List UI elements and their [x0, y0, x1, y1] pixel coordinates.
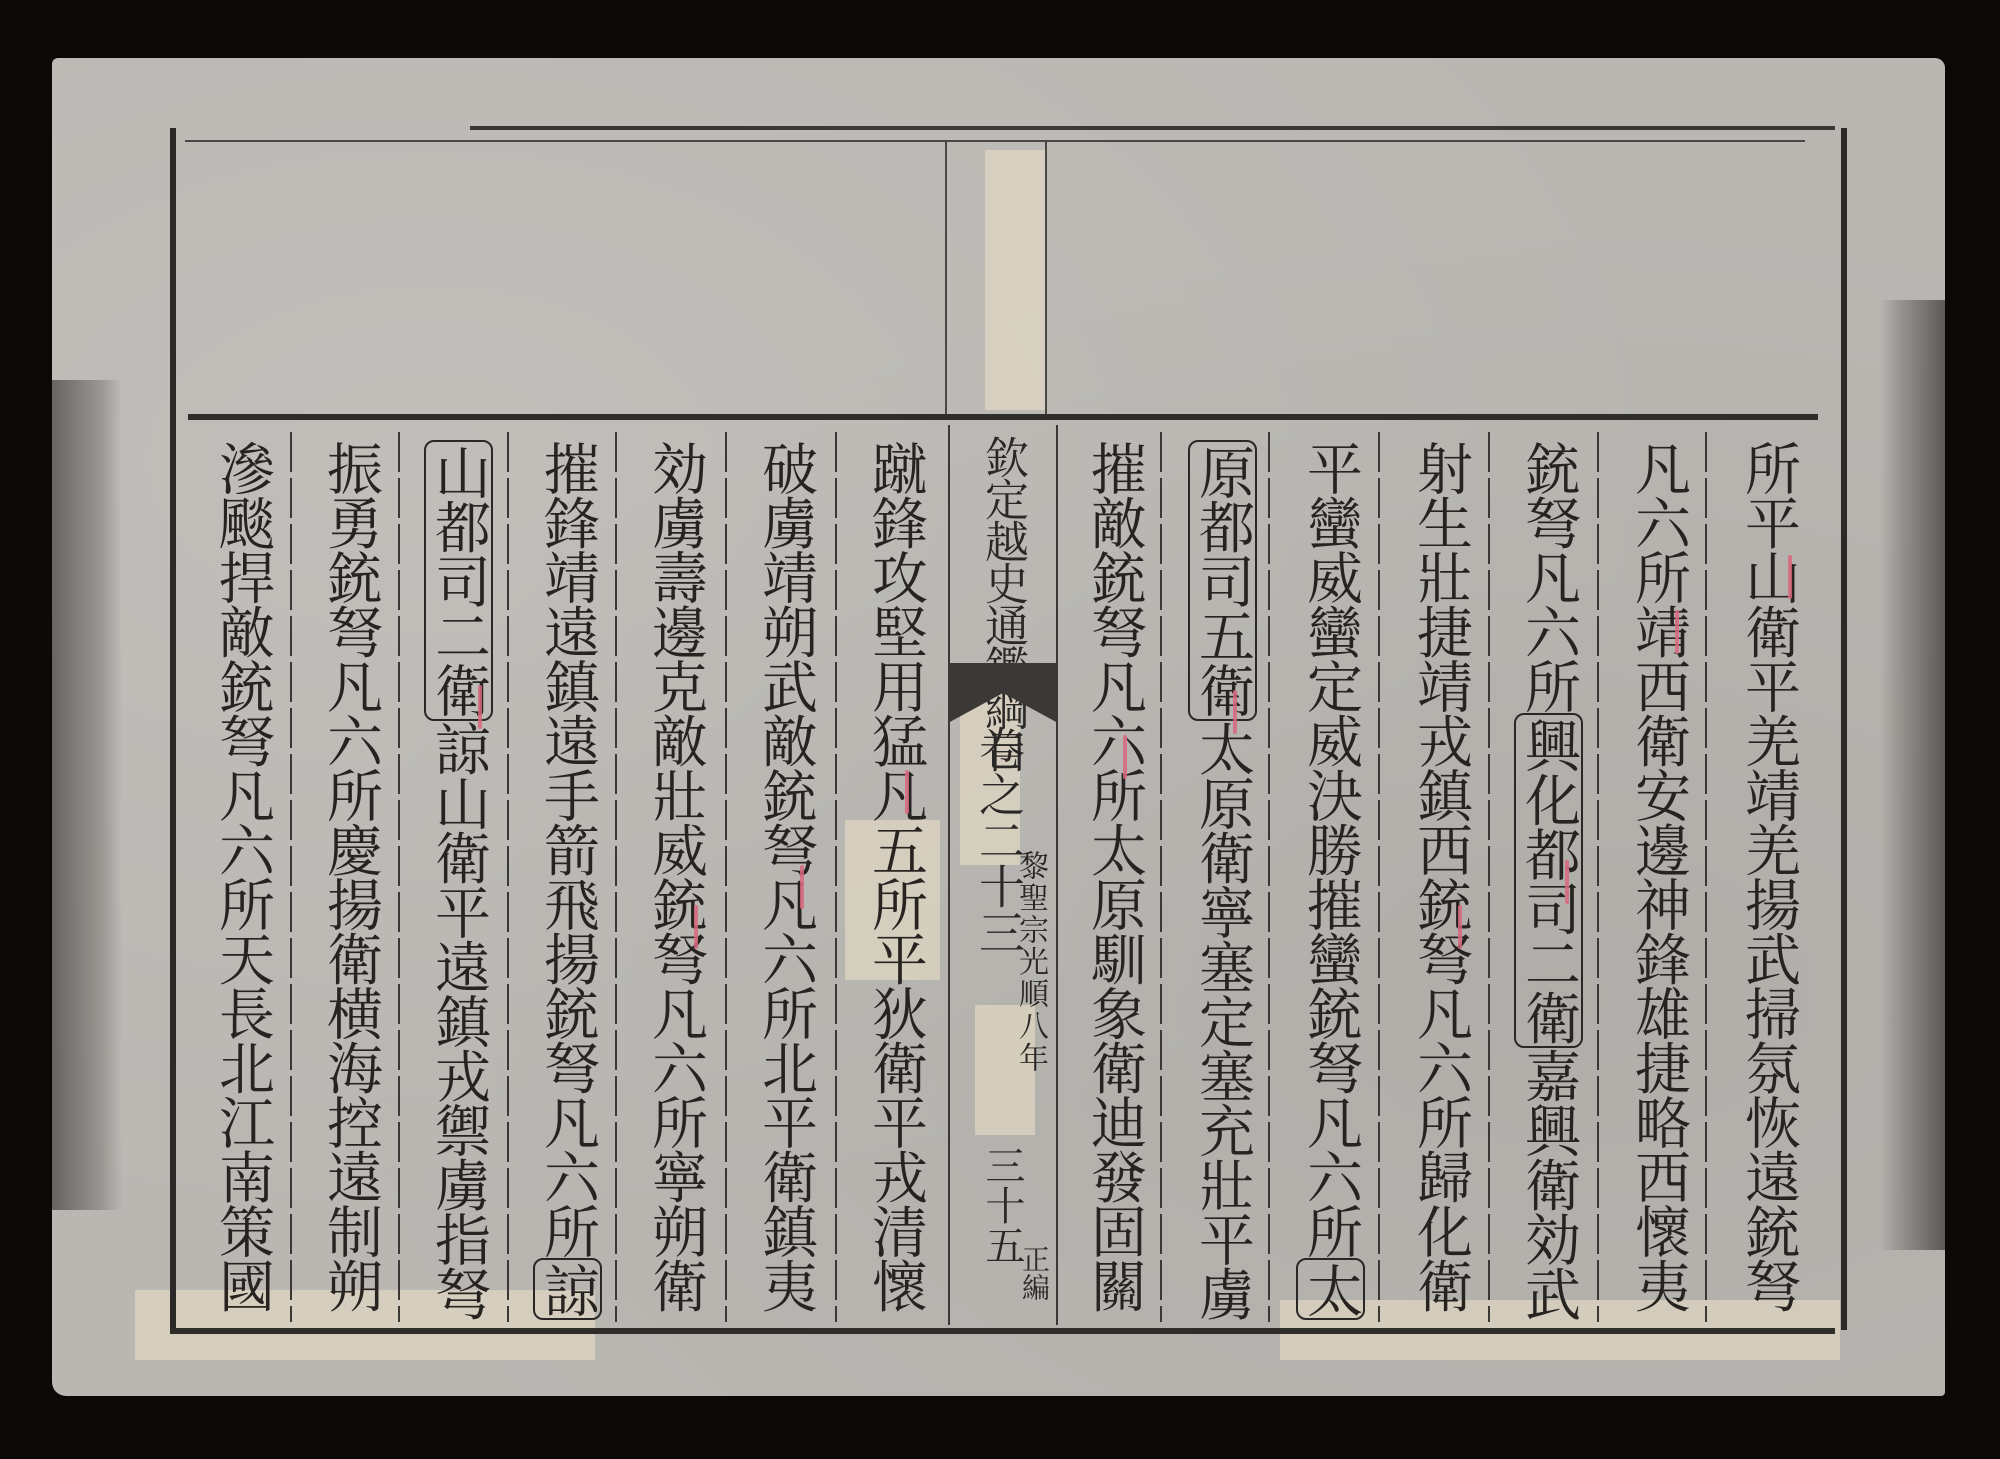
text-column-right-7: 摧敵銃弩凡六所太原馴象衛迪發固關	[1064, 440, 1164, 1320]
column-text: 摧鋒靖遠鎮遠手箭飛揚銃弩凡六所	[535, 440, 600, 1258]
boxed-heading: 山都司二衛	[424, 440, 493, 721]
header-margin	[185, 142, 1805, 417]
text-column-left-7: 滲颷捍敵銃弩凡六所天長北江南策國	[192, 440, 292, 1320]
text-column-left-4: 摧鋒靖遠鎮遠手箭飛揚銃弩凡六所諒	[517, 440, 617, 1320]
header-divider-right	[1045, 142, 1047, 417]
red-annotation-mark	[1675, 610, 1679, 654]
text-column-left-3: 効虜壽邊克敵壯威銃弩凡六所寧朔衛	[625, 440, 725, 1320]
red-annotation-mark	[478, 685, 482, 729]
ink-bleed-right	[1880, 300, 1945, 1250]
header-divider-left	[945, 142, 947, 417]
text-column-left-5: 山都司二衛諒山衛平遠鎮戎禦虜指弩	[408, 440, 508, 1320]
text-column-right-4: 射生壯捷靖戎鎮西銃弩凡六所歸化衛	[1390, 440, 1490, 1320]
edition-label: 正編	[1014, 1245, 1054, 1301]
text-column-left-1: 蹴鋒攻堅用猛凡五所平狄衛平戎清懷	[845, 440, 945, 1320]
column-text: 太原衛寧塞定塞充壯平虜	[1190, 721, 1255, 1321]
text-column-right-3: 銃弩凡六所興化都司二衛嘉興衛効武	[1498, 440, 1598, 1320]
column-text: 銃弩凡六所	[1516, 440, 1581, 713]
column-text: 破虜靖朔武敵銃弩凡六所北平衛鎮夷	[753, 440, 818, 1312]
red-annotation-mark	[1233, 690, 1237, 734]
column-text: 摧敵銃弩凡六所太原馴象衛迪發固關	[1082, 440, 1147, 1312]
book-title: 欽定越史通鑑綱目	[970, 435, 1034, 771]
text-column-left-2: 破虜靖朔武敵銃弩凡六所北平衛鎮夷	[735, 440, 835, 1320]
column-text: 振勇銃弩凡六所慶揚衛横海控遠制朔	[318, 440, 383, 1312]
ink-bleed-left	[52, 380, 122, 1210]
boxed-heading: 太	[1296, 1258, 1365, 1321]
bottom-border-rule	[170, 1328, 1835, 1334]
text-column-right-5: 平蠻威蠻定威決勝摧蠻銃弩凡六所太	[1280, 440, 1380, 1320]
reign-year: 黎聖宗光順八年	[1008, 850, 1052, 1074]
text-column-right-6: 原都司五衛太原衛寧塞定塞充壯平虜	[1172, 440, 1272, 1320]
column-text: 滲颷捍敵銃弩凡六所天長北江南策國	[210, 440, 275, 1312]
red-annotation-mark	[1565, 860, 1569, 904]
text-column-left-6: 振勇銃弩凡六所慶揚衛横海控遠制朔	[300, 440, 400, 1320]
red-annotation-mark	[905, 770, 909, 814]
red-annotation-mark	[1123, 735, 1127, 779]
column-text: 凡六所靖西衛安邊神鋒雄捷略西懷夷	[1626, 440, 1691, 1312]
center-border-left	[948, 425, 950, 1325]
red-annotation-mark	[1788, 555, 1792, 599]
center-border-right	[1056, 425, 1058, 1325]
column-text: 諒山衛平遠鎮戎禦虜指弩	[426, 721, 491, 1321]
boxed-heading: 諒	[533, 1258, 602, 1321]
boxed-heading: 原都司五衛	[1188, 440, 1257, 721]
column-text: 嘉興衛効武	[1516, 1048, 1581, 1321]
text-column-right-1: 所平山衛平羌靖羌揚武掃氛恢遠銃弩	[1718, 440, 1818, 1320]
center-fold-column: 欽定越史通鑑綱目 卷之二十三 黎聖宗光順八年 三十五 正編	[948, 425, 1058, 1325]
red-annotation-mark	[694, 905, 698, 949]
column-text: 蹴鋒攻堅用猛凡五所平狄衛平戎清懷	[863, 440, 928, 1312]
red-annotation-mark	[800, 865, 804, 909]
column-text: 射生壯捷靖戎鎮西銃弩凡六所歸化衛	[1408, 440, 1473, 1312]
column-divider	[725, 432, 727, 1322]
red-annotation-mark	[1458, 905, 1462, 949]
column-divider	[835, 432, 837, 1322]
column-text: 効虜壽邊克敵壯威銃弩凡六所寧朔衛	[643, 440, 708, 1312]
text-column-right-2: 凡六所靖西衛安邊神鋒雄捷略西懷夷	[1608, 440, 1708, 1320]
column-text: 平蠻威蠻定威決勝摧蠻銃弩凡六所	[1298, 440, 1363, 1258]
header-thick-rule	[188, 414, 1818, 420]
boxed-heading: 興化都司二衛	[1514, 713, 1583, 1048]
